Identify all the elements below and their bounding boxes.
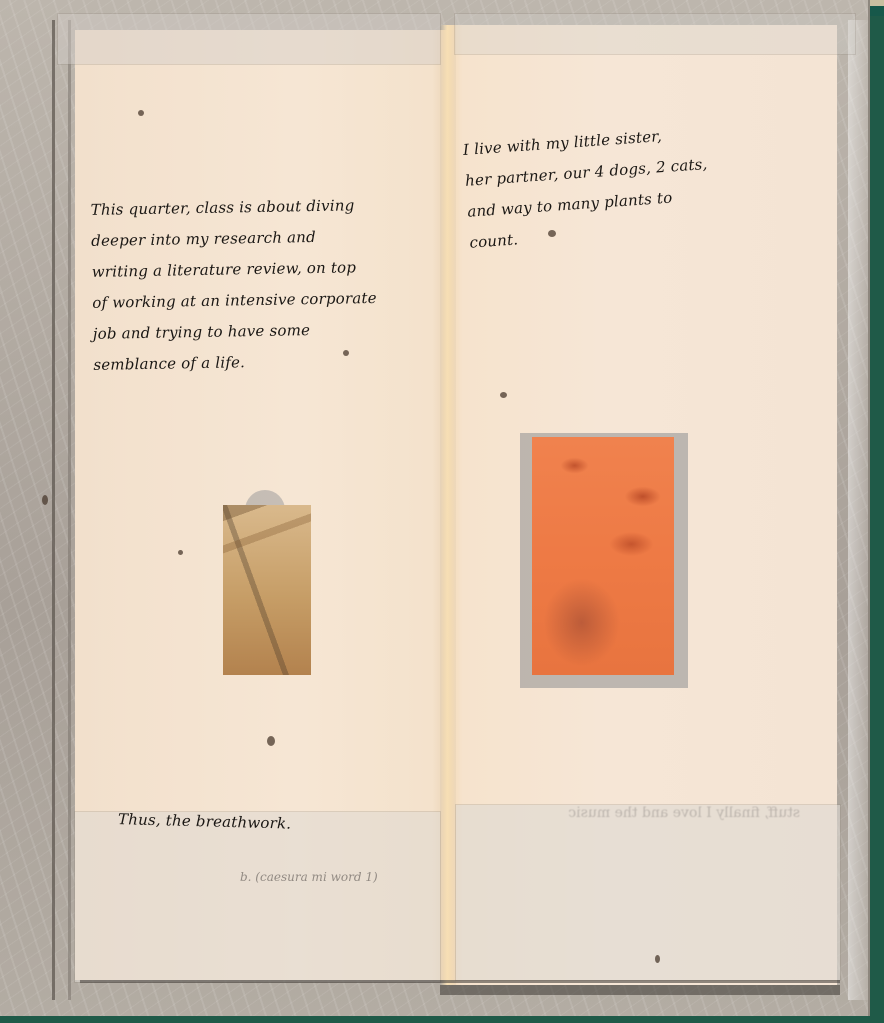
paper-inclusion <box>138 110 144 116</box>
bleed-through-text: stuff, finally I love and the music <box>460 805 800 821</box>
page-shadow <box>440 985 840 995</box>
tissue-overlay-bottom-right <box>456 805 840 980</box>
paper-layer-edge <box>52 20 55 1000</box>
paper-inclusion <box>267 736 275 746</box>
tissue-overlay-top-left <box>58 14 440 64</box>
book-gutter <box>440 25 456 985</box>
tissue-layer-edge <box>848 20 868 1000</box>
paper-layer-edge <box>68 20 71 1000</box>
left-page-handwritten-text: This quarter, class is about diving deep… <box>90 189 423 381</box>
pencil-note: b. (caesura mi word 1) <box>240 870 410 884</box>
right-page-handwritten-text: I live with my little sister, her partne… <box>462 113 790 259</box>
paper-inclusion <box>178 550 183 555</box>
collage-image-right <box>532 437 674 675</box>
paper-inclusion <box>42 495 48 505</box>
page-stack-edge <box>80 980 840 983</box>
tissue-overlay-top-right <box>455 14 855 54</box>
paper-inclusion <box>343 350 349 356</box>
paper-inclusion <box>548 230 556 237</box>
collage-image-left <box>223 505 311 675</box>
paper-inclusion <box>655 955 660 963</box>
paper-inclusion <box>500 392 507 398</box>
